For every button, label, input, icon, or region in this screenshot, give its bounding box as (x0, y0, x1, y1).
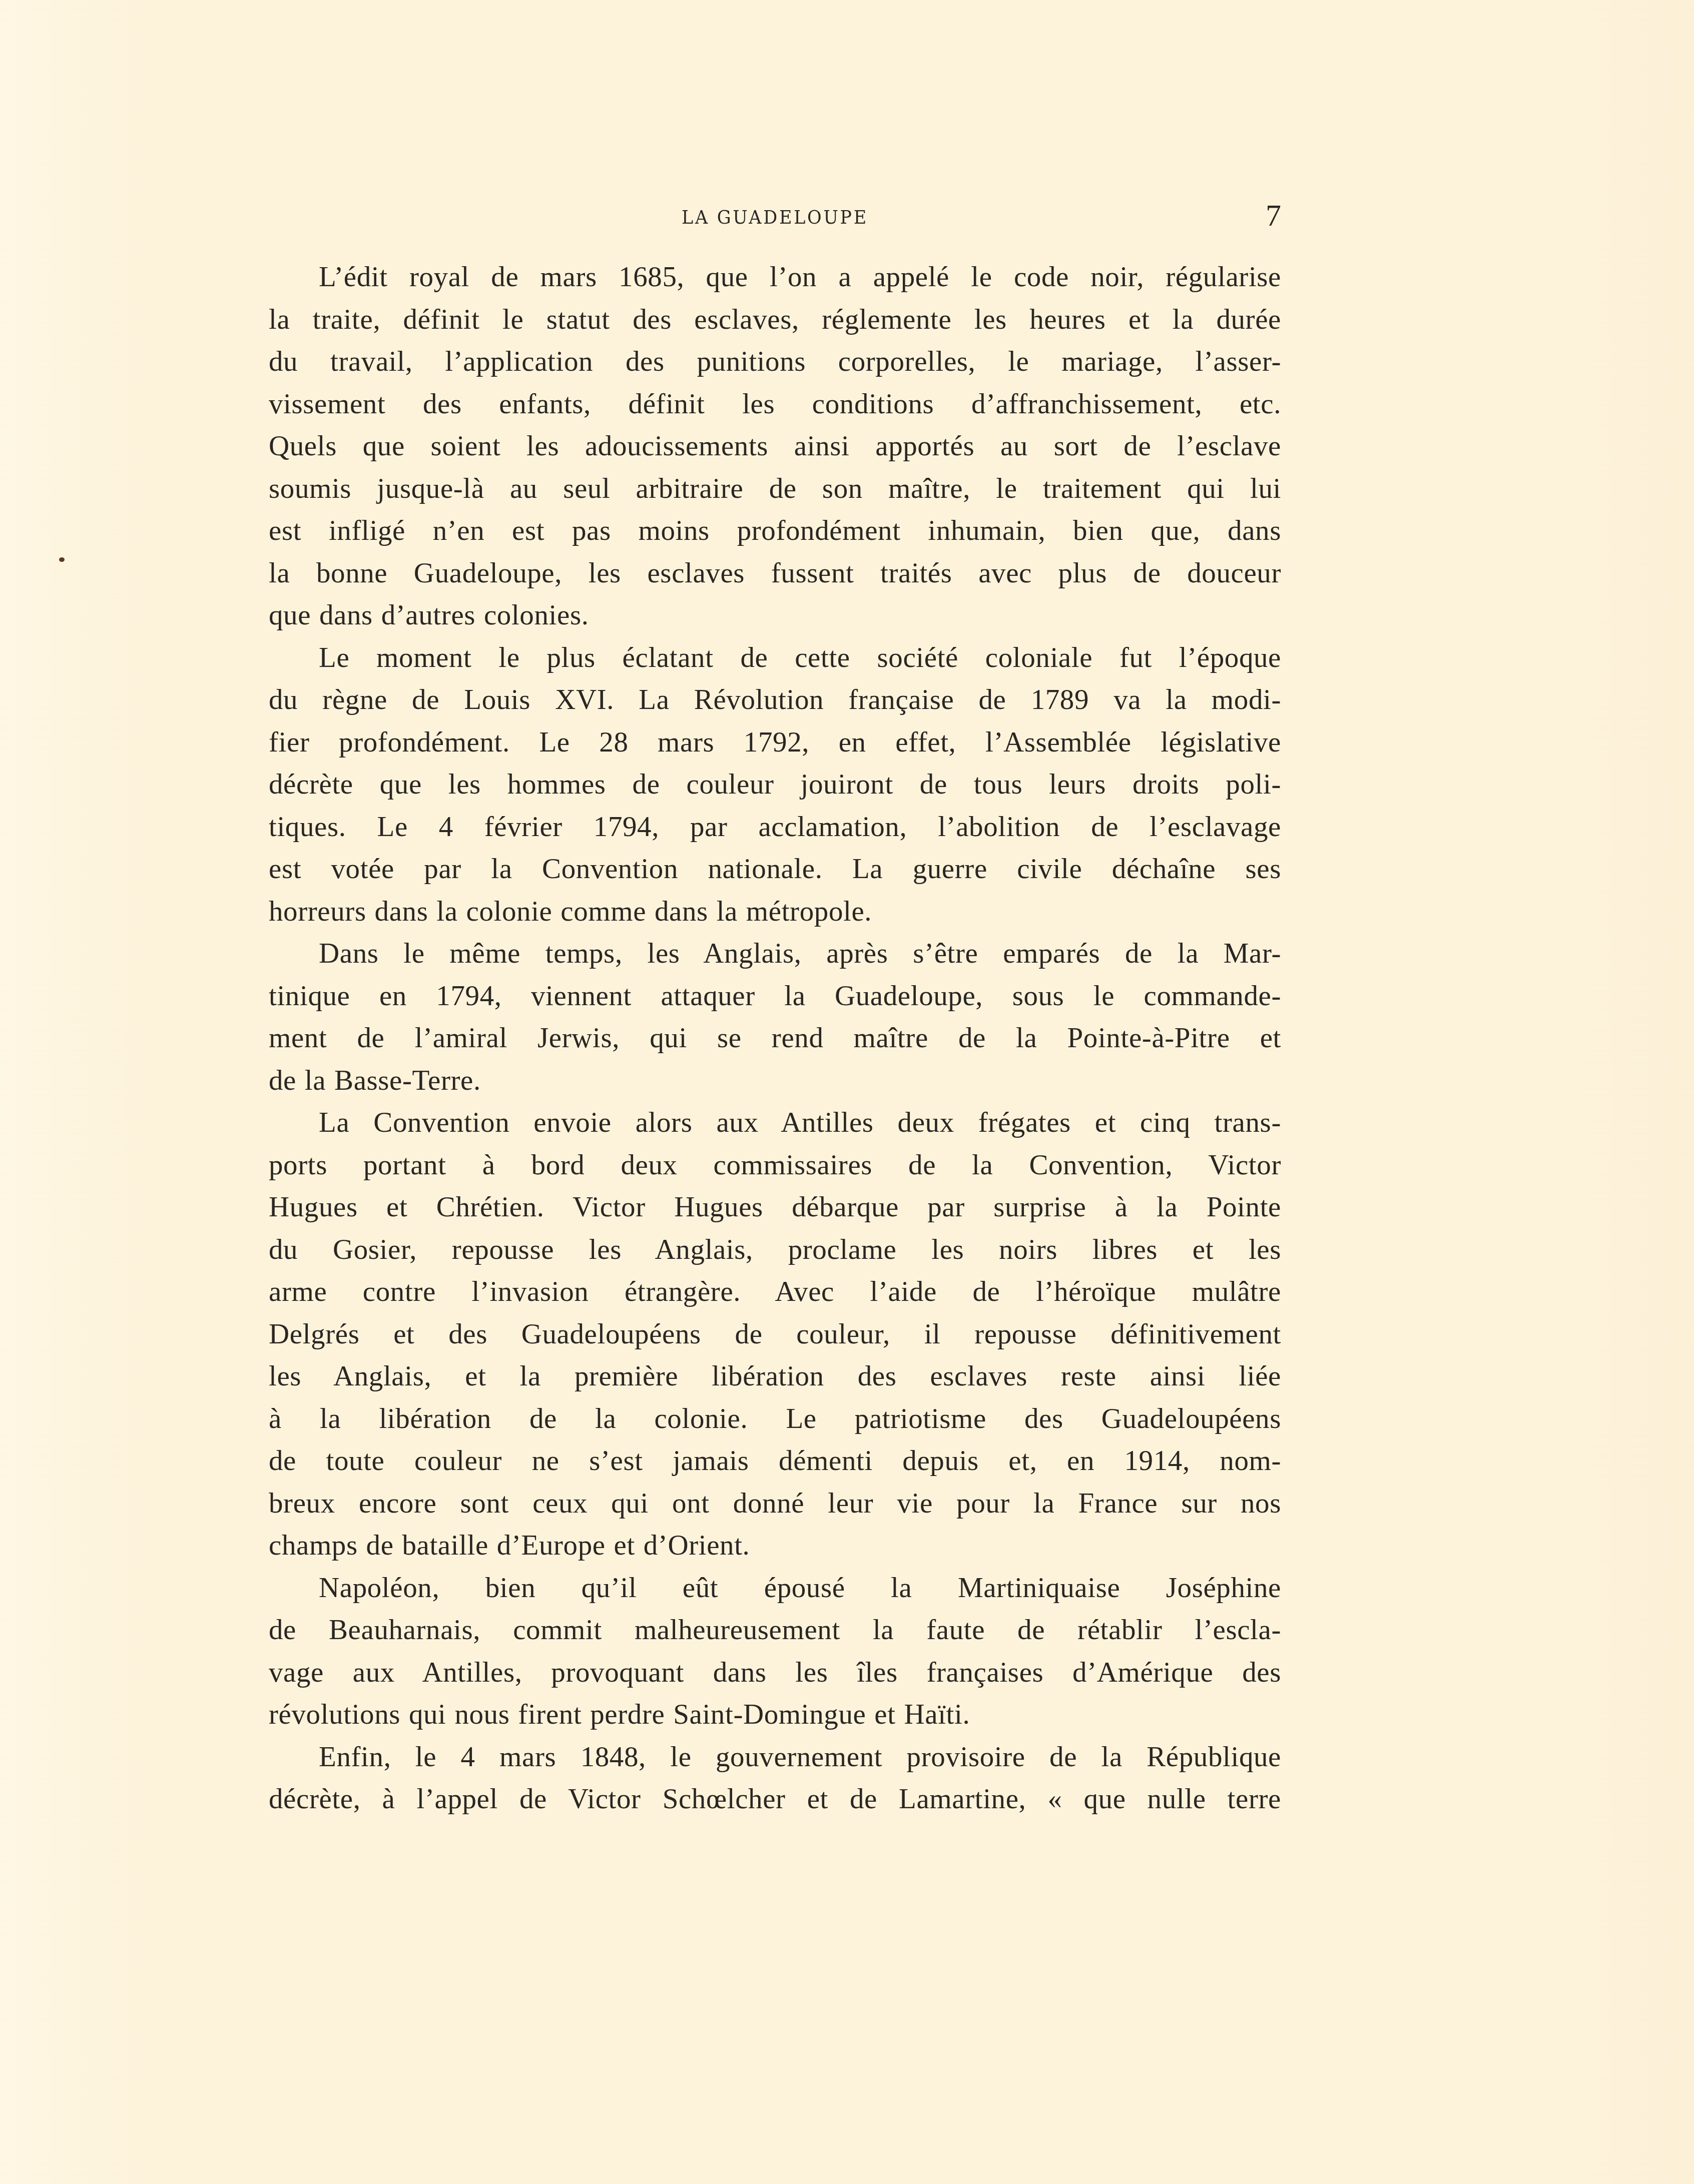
running-title: LA GUADELOUPE (309, 206, 1241, 228)
text-line: horreurs dans la colonie comme dans la m… (269, 891, 1281, 933)
text-line: L’édit royal de mars 1685, que l’on a ap… (269, 256, 1281, 299)
text-line: du Gosier, repousse les Anglais, proclam… (269, 1229, 1281, 1271)
text-line: breux encore sont ceux qui ont donné leu… (269, 1483, 1281, 1525)
text-line: décrète, à l’appel de Victor Schœlcher e… (269, 1778, 1281, 1821)
text-line: tiques. Le 4 février 1794, par acclamati… (269, 806, 1281, 849)
paragraph-convention: La Convention envoie alors aux Antilles … (269, 1102, 1281, 1567)
text-line: du règne de Louis XVI. La Révolution fra… (269, 679, 1281, 721)
text-line: soumis jusque-là au seul arbitraire de s… (269, 468, 1281, 510)
page-number: 7 (1266, 198, 1281, 234)
text-line: ports portant à bord deux commissaires d… (269, 1144, 1281, 1187)
text-line: vissement des enfants, définit les condi… (269, 383, 1281, 426)
paper-speck (59, 557, 65, 562)
text-line: de toute couleur ne s’est jamais démenti… (269, 1440, 1281, 1483)
text-line: la traite, définit le statut des esclave… (269, 299, 1281, 341)
paragraph-code-noir: L’édit royal de mars 1685, que l’on a ap… (269, 256, 1281, 637)
text-line: Dans le même temps, les Anglais, après s… (269, 933, 1281, 975)
text-line: arme contre l’invasion étrangère. Avec l… (269, 1271, 1281, 1313)
text-line: que dans d’autres colonies. (269, 594, 1281, 637)
text-line: tinique en 1794, viennent attaquer la Gu… (269, 975, 1281, 1018)
text-line: champs de bataille d’Europe et d’Orient. (269, 1525, 1281, 1567)
text-line: Napoléon, bien qu’il eût épousé la Marti… (269, 1567, 1281, 1610)
text-line: de la Basse-Terre. (269, 1060, 1281, 1102)
text-line: ment de l’amiral Jerwis, qui se rend maî… (269, 1017, 1281, 1060)
text-line: Hugues et Chrétien. Victor Hugues débarq… (269, 1186, 1281, 1229)
paragraph-anglais: Dans le même temps, les Anglais, après s… (269, 933, 1281, 1102)
text-line: décrète que les hommes de couleur jouiro… (269, 764, 1281, 806)
paragraph-revolution: Le moment le plus éclatant de cette soci… (269, 637, 1281, 933)
text-line: est infligé n’en est pas moins profondém… (269, 510, 1281, 552)
book-page: LA GUADELOUPE 7 L’édit royal de mars 168… (0, 0, 1694, 2184)
text-line: à la libération de la colonie. Le patrio… (269, 1398, 1281, 1440)
text-line: de Beauharnais, commit malheureusement l… (269, 1609, 1281, 1652)
text-line: fier profondément. Le 28 mars 1792, en e… (269, 721, 1281, 764)
text-line: Quels que soient les adoucissements ains… (269, 425, 1281, 468)
text-line: révolutions qui nous firent perdre Saint… (269, 1694, 1281, 1736)
body-text: L’édit royal de mars 1685, que l’on a ap… (269, 256, 1281, 1821)
text-line: Delgrés et des Guadeloupéens de couleur,… (269, 1313, 1281, 1356)
text-line: Le moment le plus éclatant de cette soci… (269, 637, 1281, 679)
text-line: vage aux Antilles, provoquant dans les î… (269, 1652, 1281, 1694)
paragraph-1848: Enfin, le 4 mars 1848, le gouvernement p… (269, 1736, 1281, 1821)
text-line: la bonne Guadeloupe, les esclaves fussen… (269, 552, 1281, 595)
text-line: Enfin, le 4 mars 1848, le gouvernement p… (269, 1736, 1281, 1779)
text-line: La Convention envoie alors aux Antilles … (269, 1102, 1281, 1144)
paragraph-napoleon: Napoléon, bien qu’il eût épousé la Marti… (269, 1567, 1281, 1736)
text-line: les Anglais, et la première libération d… (269, 1355, 1281, 1398)
text-line: du travail, l’application des punitions … (269, 341, 1281, 383)
running-head: LA GUADELOUPE 7 (269, 200, 1281, 235)
text-line: est votée par la Convention nationale. L… (269, 848, 1281, 891)
